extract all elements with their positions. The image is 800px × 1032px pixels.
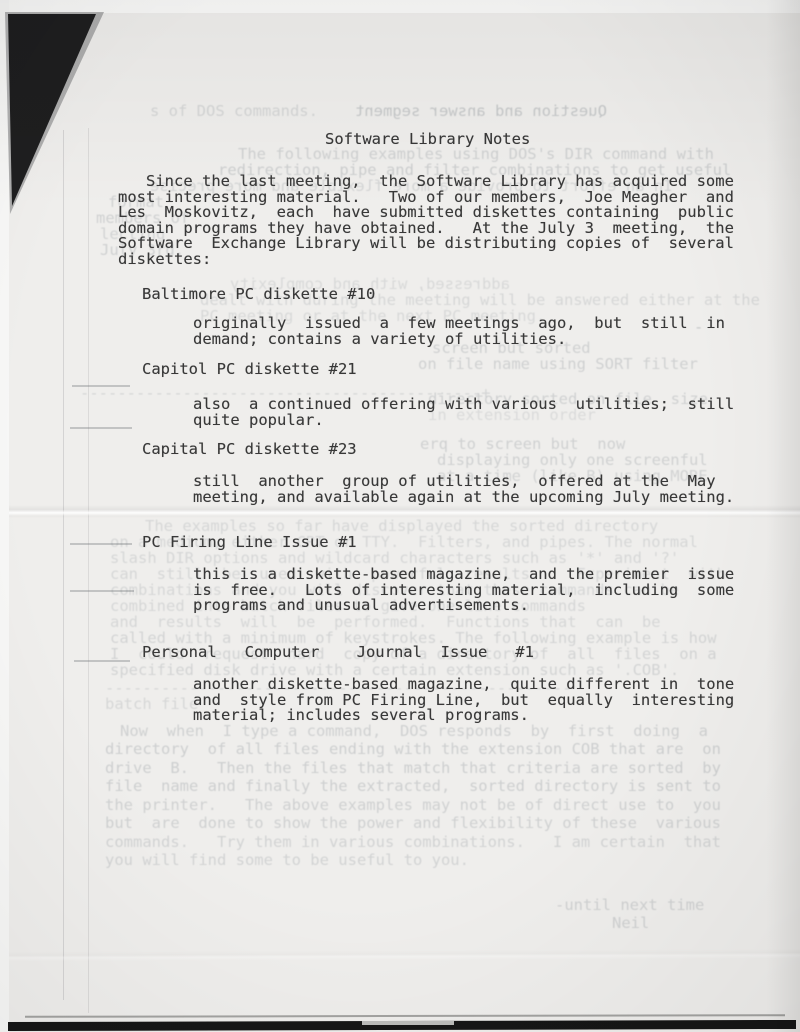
ghost-text-line: but are done to show the power and flexi…: [105, 816, 721, 832]
ghost-text-line: commands. Try them in various combinatio…: [105, 835, 721, 851]
text-line: quite popular.: [193, 413, 734, 429]
section-body-baltimore-pc-10: originally issued a few meetings ago, bu…: [193, 316, 725, 347]
ghost-text-line: the printer. The above examples may not …: [105, 798, 721, 814]
ghost-rule: [70, 590, 134, 592]
corner-fold-black-triangle: [0, 0, 120, 225]
section-heading-pc-firing-line-1: PC Firing Line Issue #1: [142, 535, 357, 551]
scanned-document-page: s of DOS commands.Question and answer se…: [0, 0, 800, 1032]
ghost-rule: [72, 385, 130, 387]
ghost-text-line: Now when I type a command, DOS responds …: [120, 724, 708, 740]
ghost-text-line: Neil: [612, 916, 649, 932]
bottom-scan-line: [25, 1014, 785, 1018]
text-line: demand; contains a variety of utilities.: [193, 332, 725, 348]
ghost-text-line: on file name using SORT filter: [418, 357, 698, 373]
text-line: diskettes:: [118, 252, 734, 268]
section-body-pc-firing-line-1: this is a diskette-based magazine, and t…: [193, 567, 734, 614]
page-title: Software Library Notes: [325, 132, 530, 148]
ghost-text-line: -until next time: [555, 898, 704, 914]
section-heading-capital-pc-23: Capital PC diskette #23: [142, 442, 357, 458]
lower-fold-crease: [0, 949, 800, 962]
section-heading-baltimore-pc-10: Baltimore PC diskette #10: [142, 287, 375, 303]
text-line: meeting, and available again at the upco…: [193, 490, 734, 506]
vertical-fold-line: [63, 130, 64, 1000]
ghost-text-line: s of DOS commands.: [150, 104, 318, 120]
ghost-rule: [70, 427, 132, 429]
ghost-text-line: drive B. Then the files that match that …: [105, 761, 721, 777]
section-heading-capitol-pc-21: Capitol PC diskette #21: [142, 362, 357, 378]
vertical-guide-line: [88, 128, 89, 1013]
ghost-text-line: directory of all files ending with the e…: [105, 742, 721, 758]
text-line: material; includes several programs.: [193, 708, 734, 724]
ghost-text-line: batch file: [105, 697, 198, 713]
horizontal-fold-crease: [0, 505, 800, 518]
ghost-text-line: file name and finally the extracted, sor…: [105, 779, 721, 795]
ghost-rule: [74, 660, 130, 662]
section-body-capitol-pc-21: also a continued offering with various u…: [193, 397, 734, 428]
scan-edge-left: [0, 0, 9, 1032]
ghost-text-line: Question and answer segment: [355, 104, 607, 120]
section-body-capital-pc-23: still another group of utilities, offere…: [193, 474, 734, 505]
bottom-scan-band-gap: [362, 1021, 454, 1025]
ghost-text-line: you will find some to be useful to you.: [105, 853, 469, 869]
section-heading-personal-computer-journal-1: Personal Computer Journal Issue #1: [142, 645, 534, 661]
intro-paragraph: Since the last meeting, the Software Lib…: [118, 174, 734, 268]
text-line: programs and unusual advertisements.: [193, 598, 734, 614]
scan-edge-top: [0, 0, 800, 13]
ghost-rule: [70, 543, 132, 545]
section-body-personal-computer-journal-1: another diskette-based magazine, quite d…: [193, 677, 734, 724]
